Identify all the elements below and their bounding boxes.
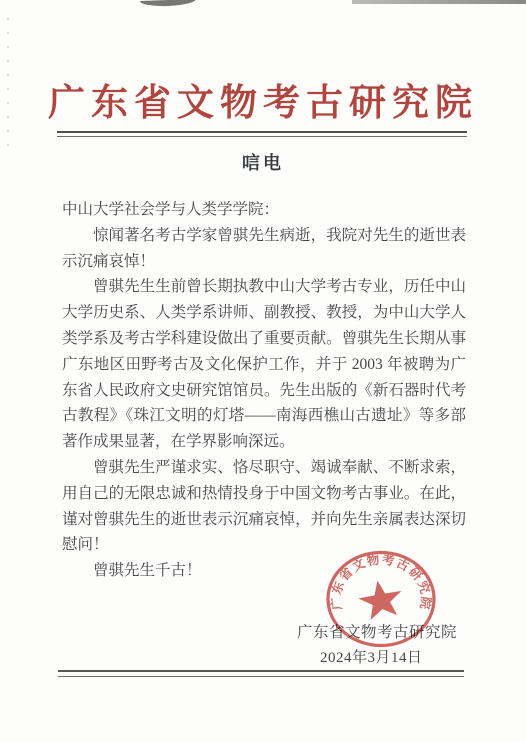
paragraph-list: 惊闻著名考古学家曾骐先生病逝，我院对先生的逝世表示沉痛哀悼！曾骐先生生前曾长期执… (62, 223, 466, 584)
scan-artifact-top-right (352, 0, 526, 4)
date-line: 2024年3月14日 (320, 646, 423, 667)
letter-body: 中山大学社会学与人类学学院： 惊闻著名考古学家曾骐先生病逝，我院对先生的逝世表示… (62, 197, 466, 584)
letterhead-title: 广东省文物考古研究院 (0, 72, 526, 126)
footer-double-rule (58, 670, 464, 677)
salutation: 中山大学社会学与人类学学院： (62, 197, 466, 223)
scan-artifact-top (140, 0, 196, 7)
seal-graphic: 广东省文物考古研究院 (325, 549, 437, 649)
letterhead-double-rule (57, 131, 467, 137)
official-seal: 广东省文物考古研究院 (325, 549, 437, 649)
body-paragraph: 曾骐先生生前曾长期执教中山大学考古专业，历任中山大学历史系、人类学系讲师、副教授… (62, 274, 466, 455)
body-paragraph: 曾骐先生严谨求实、恪尽职守、竭诚奉献、不断求索，用自己的无限忠诚和热情投身于中国… (62, 455, 466, 558)
star-icon (356, 577, 406, 621)
body-paragraph: 惊闻著名考古学家曾骐先生病逝，我院对先生的逝世表示沉痛哀悼！ (62, 223, 466, 275)
document-title: 唁电 (0, 149, 526, 175)
letter-page: 广东省文物考古研究院 唁电 中山大学社会学与人类学学院： 惊闻著名考古学家曾骐先… (0, 0, 526, 742)
